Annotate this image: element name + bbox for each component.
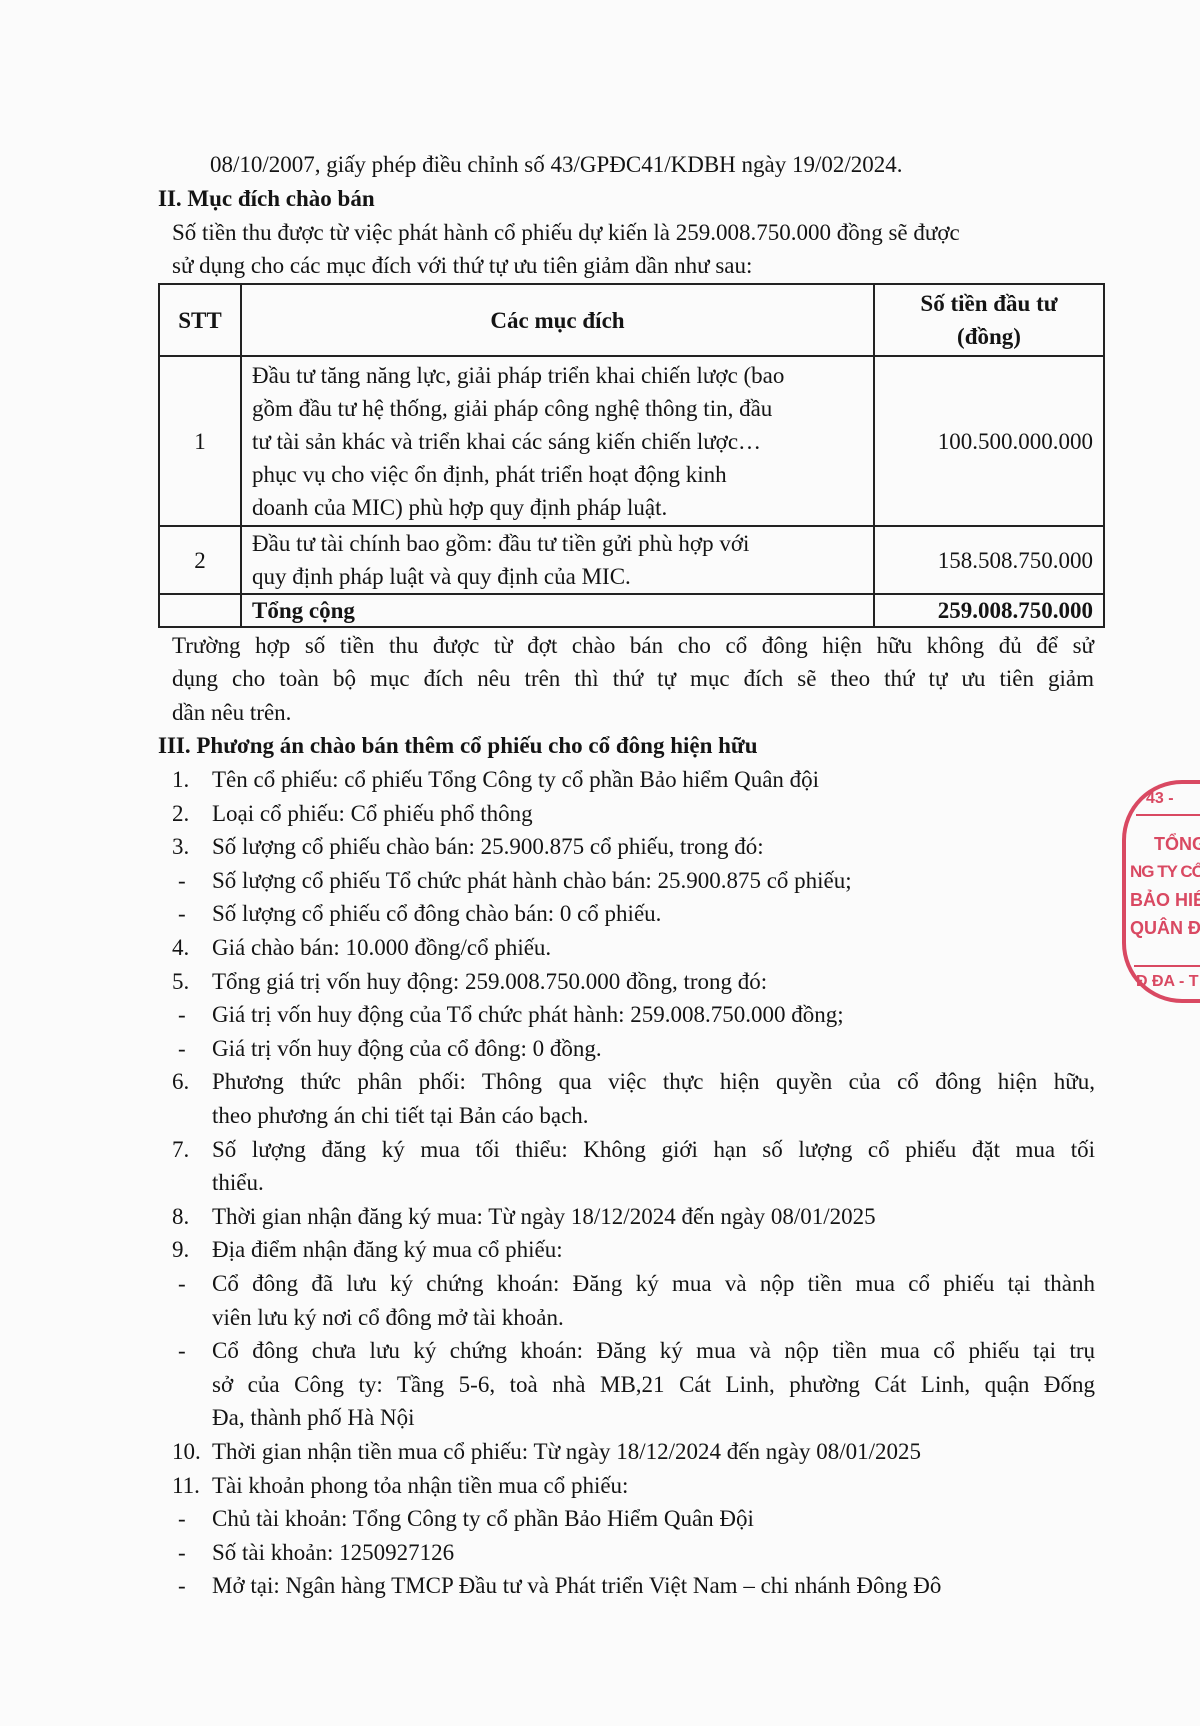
row-amount: 158.508.750.000 — [874, 526, 1104, 594]
stamp-line-4: QUÂN Đ — [1130, 918, 1200, 939]
purpose-line: quy định pháp luật và quy định của MIC. — [252, 560, 863, 593]
list-item-text: Số lượng cổ phiếu Tổ chức phát hành chào… — [212, 864, 852, 897]
purpose-line: doanh của MIC) phù hợp quy định pháp luậ… — [252, 491, 863, 524]
total-amount: 259.008.750.000 — [874, 594, 1104, 627]
list-item-text: Mở tại: Ngân hàng TMCP Đầu tư và Phát tr… — [212, 1569, 941, 1602]
purpose-table: STT Các mục đích Số tiền đầu tư (đồng) 1… — [158, 283, 1105, 628]
header-stt: STT — [159, 284, 241, 356]
table-row: 2 Đầu tư tài chính bao gồm: đầu tư tiền … — [159, 526, 1104, 594]
list-item-text: Số lượng cổ phiếu cổ đông chào bán: 0 cổ… — [212, 897, 661, 930]
bullet-dash: - — [178, 1536, 186, 1569]
total-stt-empty — [159, 594, 241, 627]
note-line: dần nêu trên. — [172, 696, 291, 729]
list-number: 11. — [172, 1469, 200, 1502]
note-line: Trường hợp số tiền thu được từ đợt chào … — [172, 629, 1094, 662]
list-number: 1. — [172, 763, 189, 796]
list-item-text: Địa điểm nhận đăng ký mua cổ phiếu: — [212, 1233, 563, 1266]
list-item-text: Phương thức phân phối: Thông qua việc th… — [212, 1065, 1095, 1098]
table-row: 1 Đầu tư tăng năng lực, giải pháp triển … — [159, 356, 1104, 526]
list-item-text: thiểu. — [212, 1166, 264, 1199]
table-header-row: STT Các mục đích Số tiền đầu tư (đồng) — [159, 284, 1104, 356]
intro-continuation: 08/10/2007, giấy phép điều chỉnh số 43/G… — [210, 148, 903, 181]
table-total-row: Tổng cộng 259.008.750.000 — [159, 594, 1104, 627]
list-number: 3. — [172, 830, 189, 863]
purpose-line: phục vụ cho việc ổn định, phát triển hoạ… — [252, 458, 863, 491]
bullet-dash: - — [178, 1502, 186, 1535]
stamp-line-1: TỔNG — [1154, 834, 1200, 855]
stamp-inner-ring — [1136, 814, 1200, 816]
list-item-text: Thời gian nhận đăng ký mua: Từ ngày 18/1… — [212, 1200, 876, 1233]
header-amount-line-1: Số tiền đầu tư — [885, 287, 1093, 320]
list-number: 6. — [172, 1065, 189, 1098]
list-item-text: Giá chào bán: 10.000 đồng/cổ phiếu. — [212, 931, 551, 964]
list-number: 8. — [172, 1200, 189, 1233]
stamp-ring-bottom-text: Đ ĐA - T — [1136, 973, 1199, 991]
row-stt: 2 — [159, 526, 241, 594]
bullet-dash: - — [178, 1032, 186, 1065]
document-page: 08/10/2007, giấy phép điều chỉnh số 43/G… — [0, 0, 1200, 1726]
list-item-text: Chủ tài khoản: Tổng Công ty cổ phần Bảo … — [212, 1502, 754, 1535]
list-item-text: Số lượng cổ phiếu chào bán: 25.900.875 c… — [212, 830, 764, 863]
header-amount: Số tiền đầu tư (đồng) — [874, 284, 1104, 356]
purpose-line: gồm đầu tư hệ thống, giải pháp công nghệ… — [252, 392, 863, 425]
bullet-dash: - — [178, 1569, 186, 1602]
list-item-text: Số lượng đăng ký mua tối thiểu: Không gi… — [212, 1133, 1095, 1166]
company-seal-stamp: 43 - TỔNG NG TY CỔ BẢO HIỂ QUÂN Đ Đ ĐA -… — [1122, 780, 1200, 1003]
stamp-inner-ring — [1134, 965, 1200, 967]
header-purpose: Các mục đích — [241, 284, 874, 356]
stamp-line-3: BẢO HIỂ — [1130, 890, 1200, 911]
row-stt: 1 — [159, 356, 241, 526]
list-number: 7. — [172, 1133, 189, 1166]
purpose-line: tư tài sản khác và triển khai các sáng k… — [252, 425, 863, 458]
section-2-para-line-1: Số tiền thu được từ việc phát hành cổ ph… — [172, 216, 960, 249]
section-2-para-line-2: sử dụng cho các mục đích với thứ tự ưu t… — [172, 249, 752, 282]
purpose-line: Đầu tư tăng năng lực, giải pháp triển kh… — [252, 359, 863, 392]
list-number: 10. — [172, 1435, 201, 1468]
list-item-text: Tên cổ phiếu: cổ phiếu Tổng Công ty cổ p… — [212, 763, 819, 796]
row-purpose: Đầu tư tài chính bao gồm: đầu tư tiền gử… — [241, 526, 874, 594]
list-number: 4. — [172, 931, 189, 964]
header-amount-line-2: (đồng) — [885, 320, 1093, 353]
row-amount: 100.500.000.000 — [874, 356, 1104, 526]
list-item-text: Tài khoản phong tỏa nhận tiền mua cổ phi… — [212, 1469, 628, 1502]
total-label: Tổng cộng — [241, 594, 874, 627]
bullet-dash: - — [178, 1334, 186, 1367]
list-item-text: viên lưu ký nơi cổ đông mở tài khoản. — [212, 1301, 564, 1334]
list-item-text: Số tài khoản: 1250927126 — [212, 1536, 454, 1569]
list-number: 2. — [172, 797, 189, 830]
list-number: 5. — [172, 965, 189, 998]
stamp-ring-top-text: 43 - — [1146, 790, 1174, 808]
bullet-dash: - — [178, 998, 186, 1031]
list-item-text: Cổ đông chưa lưu ký chứng khoán: Đăng ký… — [212, 1334, 1095, 1367]
bullet-dash: - — [178, 1267, 186, 1300]
stamp-line-2: NG TY CỔ — [1130, 862, 1200, 882]
list-item-text: theo phương án chi tiết tại Bản cáo bạch… — [212, 1099, 589, 1132]
section-3-heading: III. Phương án chào bán thêm cổ phiếu ch… — [158, 729, 758, 762]
list-item-text: Thời gian nhận tiền mua cổ phiếu: Từ ngà… — [212, 1435, 921, 1468]
bullet-dash: - — [178, 897, 186, 930]
list-item-text: Đa, thành phố Hà Nội — [212, 1401, 415, 1434]
note-line: dụng cho toàn bộ mục đích nêu trên thì t… — [172, 662, 1094, 695]
list-item-text: Giá trị vốn huy động của Tổ chức phát hà… — [212, 998, 844, 1031]
bullet-dash: - — [178, 864, 186, 897]
purpose-line: Đầu tư tài chính bao gồm: đầu tư tiền gử… — [252, 527, 863, 560]
list-number: 9. — [172, 1233, 189, 1266]
list-item-text: Tổng giá trị vốn huy động: 259.008.750.0… — [212, 965, 767, 998]
list-item-text: Cổ đông đã lưu ký chứng khoán: Đăng ký m… — [212, 1267, 1095, 1300]
row-purpose: Đầu tư tăng năng lực, giải pháp triển kh… — [241, 356, 874, 526]
list-item-text: sở của Công ty: Tầng 5-6, toà nhà MB,21 … — [212, 1368, 1095, 1401]
section-2-heading: II. Mục đích chào bán — [158, 182, 375, 215]
list-item-text: Loại cổ phiếu: Cổ phiếu phổ thông — [212, 797, 533, 830]
list-item-text: Giá trị vốn huy động của cổ đông: 0 đồng… — [212, 1032, 602, 1065]
